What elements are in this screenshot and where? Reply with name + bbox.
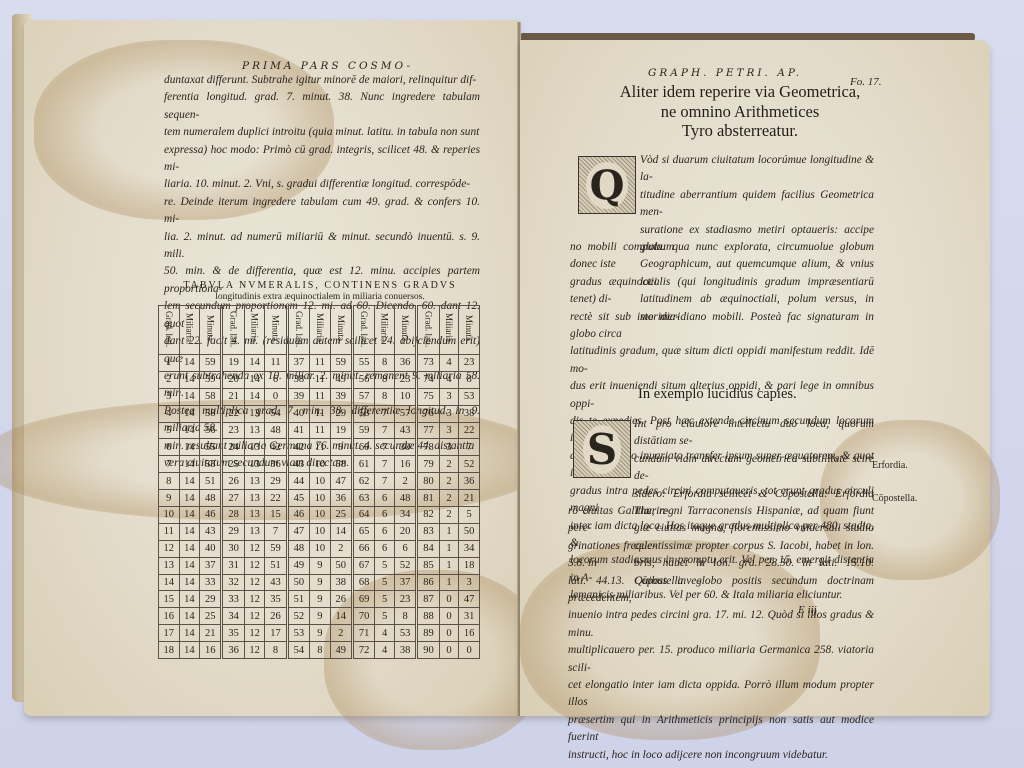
table-cell: 14 xyxy=(179,642,200,659)
table-cell: 27 xyxy=(222,490,244,507)
table-cell: 7 xyxy=(375,405,395,422)
table-cell: 7 xyxy=(375,439,395,456)
table-cell: 49 xyxy=(287,557,309,574)
table-cell: 7 xyxy=(459,439,480,456)
table-cell: 5 xyxy=(159,422,180,439)
table-cell: 5 xyxy=(375,591,395,608)
table-row: 101446281315461025646348225 xyxy=(159,507,480,524)
table-cell: 10 xyxy=(310,490,331,507)
marginal-note-erfordia: Erfordia. xyxy=(872,460,908,471)
table-row: 714532513364310586171679252 xyxy=(159,456,480,473)
table-cell: 11 xyxy=(310,439,331,456)
text-line: latitudinis gradum, quæ situm dicti oppi… xyxy=(570,343,874,378)
table-cell: 14 xyxy=(179,507,200,524)
table-cell: 16 xyxy=(459,625,480,642)
table-row: 31458211403911395781075353 xyxy=(159,388,480,405)
table-cell: 69 xyxy=(352,591,374,608)
table-cell: 2 xyxy=(330,540,352,557)
table-cell: 10 xyxy=(310,456,331,473)
table-subtitle: longitudinis extra æquinoctialem in mili… xyxy=(160,292,480,302)
table-row: 514562313484111195974377322 xyxy=(159,422,480,439)
table-cell: 88 xyxy=(417,608,439,625)
table-cell: 13 xyxy=(244,490,265,507)
text-line: rectè sit sub isto meridiano mobili. Pos… xyxy=(570,309,874,344)
table-cell: 4 xyxy=(375,625,395,642)
table-cell: 48 xyxy=(265,422,287,439)
text-line: gradus æquinoctialis (qui longitudinis g… xyxy=(570,274,874,309)
column-header: Grad. lati. xyxy=(159,306,180,355)
table-cell: 29 xyxy=(265,473,287,490)
table-cell: 46 xyxy=(287,507,309,524)
table-cell: 50 xyxy=(287,574,309,591)
column-header: Miliaria. xyxy=(310,306,331,355)
text-line: præsertim qui in Arithmeticis principijs… xyxy=(568,712,874,747)
table-cell: 39 xyxy=(330,388,352,405)
column-header-label: Minuta. xyxy=(400,315,410,343)
table-cell: 38 xyxy=(394,642,416,659)
table-cell: 59 xyxy=(200,371,222,388)
table-cell: 36 xyxy=(265,456,287,473)
table-cell: 57 xyxy=(352,388,374,405)
table-header-row: Grad. lati.Miliaria.Minuta.Grad. lati.Mi… xyxy=(159,306,480,355)
column-header-label: Miliaria. xyxy=(315,313,325,344)
table-cell: 7 xyxy=(375,473,395,490)
table-cell: 12 xyxy=(244,625,265,642)
table-cell: 73 xyxy=(417,355,439,372)
text-line: liaria. 10. minut. 2. Vni, s. gradui dif… xyxy=(164,176,480,193)
table-cell: 14 xyxy=(179,371,200,388)
table-cell: 54 xyxy=(265,405,287,422)
table-cell: 0 xyxy=(439,642,459,659)
table-row: 151429331235519266952387047 xyxy=(159,591,480,608)
table-cell: 4 xyxy=(439,355,459,372)
table-cell: 14 xyxy=(179,490,200,507)
column-header: Miliaria. xyxy=(179,306,200,355)
table-cell: 52 xyxy=(394,557,416,574)
table-cell: 25 xyxy=(330,507,352,524)
table-cell: 52 xyxy=(287,608,309,625)
column-header: Miliaria. xyxy=(375,306,395,355)
table-cell: 59 xyxy=(265,540,287,557)
table-cell: 17 xyxy=(265,625,287,642)
table-cell: 22 xyxy=(265,490,287,507)
text-line: lati. 44.13. Quibus in globo positis sec… xyxy=(568,573,874,608)
table-cell: 44 xyxy=(287,473,309,490)
table-cell: 82 xyxy=(417,507,439,524)
example-subheading: In exemplo lucidius capies. xyxy=(638,386,797,403)
table-cell: 16 xyxy=(159,608,180,625)
table-cell: 55 xyxy=(200,439,222,456)
table-cell: 68 xyxy=(352,574,374,591)
table-cell: 14 xyxy=(330,608,352,625)
table-cell: 43 xyxy=(265,574,287,591)
text-line: multiplicauero per. 15. produco miliaria… xyxy=(568,642,874,677)
table-cell: 17 xyxy=(159,625,180,642)
table-cell: 76 xyxy=(417,405,439,422)
table-cell: 14 xyxy=(179,540,200,557)
table-cell: 9 xyxy=(310,574,331,591)
table-cell: 19 xyxy=(222,355,244,372)
table-cell: 49 xyxy=(330,642,352,659)
table-cell: 15 xyxy=(159,591,180,608)
column-header: Minuta. xyxy=(459,306,480,355)
table-cell: 8 xyxy=(394,608,416,625)
table-cell: 9 xyxy=(310,625,331,642)
table-cell: 37 xyxy=(200,557,222,574)
text-line: Vòd si duarum ciuitatum locorúmue longit… xyxy=(640,152,874,187)
table-cell: 9 xyxy=(159,490,180,507)
table-cell: 21 xyxy=(459,490,480,507)
table-cell: 43 xyxy=(287,456,309,473)
table-cell: 38 xyxy=(330,574,352,591)
table-cell: 8 xyxy=(310,642,331,659)
table-cell: 3 xyxy=(459,574,480,591)
table-cell: 3 xyxy=(439,388,459,405)
table-cell: 2 xyxy=(330,625,352,642)
table-cell: 43 xyxy=(200,523,222,540)
table-cell: 10 xyxy=(310,507,331,524)
table-row: 17142135121753927145389016 xyxy=(159,625,480,642)
table-cell: 16 xyxy=(394,456,416,473)
column-header: Grad. lati. xyxy=(287,306,309,355)
table-cell: 24 xyxy=(222,439,244,456)
table-cell: 10 xyxy=(310,540,331,557)
table-cell: 34 xyxy=(459,540,480,557)
table-row: 1814163612854849724389000 xyxy=(159,642,480,659)
table-cell: 63 xyxy=(352,490,374,507)
table-cell: 53 xyxy=(200,456,222,473)
table-cell: 14 xyxy=(244,371,265,388)
table-cell: 53 xyxy=(287,625,309,642)
table-cell: 14 xyxy=(179,388,200,405)
table-cell: 72 xyxy=(352,642,374,659)
table-cell: 11 xyxy=(310,355,331,372)
table-cell: 26 xyxy=(265,608,287,625)
table-cell: 19 xyxy=(330,422,352,439)
table-cell: 29 xyxy=(330,405,352,422)
table-cell: 13 xyxy=(244,456,265,473)
table-cell: 1 xyxy=(439,574,459,591)
table-cell: 83 xyxy=(417,523,439,540)
table-cell: 47 xyxy=(287,523,309,540)
column-header: Minuta. xyxy=(265,306,287,355)
table-cell: 14 xyxy=(179,456,200,473)
table-cell: 8 xyxy=(159,473,180,490)
table-cell: 10 xyxy=(310,473,331,490)
table-cell: 36 xyxy=(330,490,352,507)
table-cell: 12 xyxy=(244,540,265,557)
table-cell: 75 xyxy=(417,388,439,405)
table-cell: 74 xyxy=(417,371,439,388)
table-cell: 26 xyxy=(222,473,244,490)
left-running-head: PRIMA PARS COSMO- xyxy=(242,60,413,72)
table-cell: 21 xyxy=(222,388,244,405)
table-cell: 59 xyxy=(352,422,374,439)
table-cell: 29 xyxy=(200,591,222,608)
table-cell: 14 xyxy=(179,422,200,439)
table-cell: 11 xyxy=(310,371,331,388)
table-cell: 37 xyxy=(394,574,416,591)
initial-letter: Q xyxy=(586,162,629,209)
text-line: lia. 2. minut. ad numerū miliariū & minu… xyxy=(164,229,480,264)
table-cell: 13 xyxy=(244,422,265,439)
table-cell: 48 xyxy=(394,490,416,507)
table-cell: 53 xyxy=(459,388,480,405)
table-row: 914482713224510366364881221 xyxy=(159,490,480,507)
table-cell: 23 xyxy=(394,591,416,608)
table-cell: 0 xyxy=(439,608,459,625)
table-cell: 8 xyxy=(375,388,395,405)
table-cell: 39 xyxy=(287,388,309,405)
table-cell: 12 xyxy=(159,540,180,557)
table-cell: 77 xyxy=(417,422,439,439)
section-title: Aliter idem reperire via Geometrica, ne … xyxy=(600,82,880,141)
table-cell: 3 xyxy=(159,388,180,405)
table-cell: 3 xyxy=(439,405,459,422)
table-cell: 47 xyxy=(330,473,352,490)
column-header-label: Grad. lati. xyxy=(359,311,369,347)
table-cell: 9 xyxy=(310,591,331,608)
text-line: cet elongatio inter iam dicta oppida. Po… xyxy=(568,677,874,712)
text-line: cundum viam directam geometrica subtilit… xyxy=(634,451,874,486)
table-cell: 7 xyxy=(375,422,395,439)
table-cell: 42 xyxy=(287,439,309,456)
table-cell: 56 xyxy=(200,422,222,439)
table-cell: 87 xyxy=(417,591,439,608)
table-cell: 6 xyxy=(159,439,180,456)
table-cell: 13 xyxy=(244,405,265,422)
text-line: instructi, hoc in loco adijcere non inco… xyxy=(568,747,874,764)
numeral-table: Grad. lati.Miliaria.Minuta.Grad. lati.Mi… xyxy=(158,305,480,659)
table-cell: 3 xyxy=(439,422,459,439)
table-cell: 22 xyxy=(222,405,244,422)
table-cell: 48 xyxy=(287,540,309,557)
table-cell: 51 xyxy=(265,557,287,574)
text-line: Int pro clauiore intellectu duo loca, qu… xyxy=(634,416,874,451)
table-cell: 33 xyxy=(200,574,222,591)
table-cell: 5 xyxy=(375,608,395,625)
text-line: titudine aberrantium quidem facilius Geo… xyxy=(640,187,874,222)
table-cell: 61 xyxy=(352,456,374,473)
table-cell: 22 xyxy=(459,422,480,439)
table-title: TABVLA NVMERALIS, CONTINENS GRADVS xyxy=(160,280,480,291)
initial-letter: S xyxy=(583,425,621,474)
text-line: re. Deinde iterum ingredere tabulam cum … xyxy=(164,194,480,229)
column-header-label: Miliaria. xyxy=(184,313,194,344)
table-cell: 23 xyxy=(222,422,244,439)
table-cell: 23 xyxy=(459,355,480,372)
table-cell: 6 xyxy=(375,523,395,540)
table-cell: 58 xyxy=(200,405,222,422)
table-cell: 7 xyxy=(159,456,180,473)
column-header-label: Grad. lati. xyxy=(164,311,174,347)
table-cell: 26 xyxy=(330,591,352,608)
table-cell: 13 xyxy=(244,473,265,490)
table-cell: 15 xyxy=(265,507,287,524)
table-cell: 57 xyxy=(394,405,416,422)
table-cell: 6 xyxy=(265,371,287,388)
table-cell: 12 xyxy=(244,574,265,591)
table-cell: 7 xyxy=(265,523,287,540)
table-cell: 58 xyxy=(330,456,352,473)
table-cell: 2 xyxy=(159,371,180,388)
table-cell: 50 xyxy=(459,523,480,540)
table-cell: 38 xyxy=(287,371,309,388)
table-cell: 14 xyxy=(179,557,200,574)
table-row: 16142534122652914705888031 xyxy=(159,608,480,625)
table-cell: 36 xyxy=(394,355,416,372)
column-header-label: Grad. lati. xyxy=(229,311,239,347)
table-cell: 36 xyxy=(222,642,244,659)
table-cell: 10 xyxy=(159,507,180,524)
table-cell: 2 xyxy=(439,507,459,524)
table-cell: 4 xyxy=(159,405,180,422)
table-cell: 12 xyxy=(244,642,265,659)
table-cell: 9 xyxy=(310,608,331,625)
table-cell: 8 xyxy=(265,642,287,659)
text-line: tem numeralem duplici introitu (quia min… xyxy=(164,124,480,141)
decorated-initial-q: Q xyxy=(578,156,636,214)
table-cell: 6 xyxy=(394,540,416,557)
table-cell: 54 xyxy=(287,642,309,659)
table-cell: 14 xyxy=(244,388,265,405)
text-line: expressa) hoc modo: Primò cū grad. integ… xyxy=(164,142,480,177)
table-cell: 60 xyxy=(352,439,374,456)
table-cell: 6 xyxy=(375,507,395,524)
table-cell: 30 xyxy=(394,439,416,456)
table-cell: 0 xyxy=(459,642,480,659)
table-cell: 45 xyxy=(287,490,309,507)
table-cell: 84 xyxy=(417,540,439,557)
table-cell: 20 xyxy=(394,523,416,540)
table-cell: 13 xyxy=(244,523,265,540)
table-cell: 14 xyxy=(179,439,200,456)
table-cell: 56 xyxy=(352,371,374,388)
table-cell: 11 xyxy=(159,523,180,540)
table-cell: 79 xyxy=(417,456,439,473)
table-row: 414582213544011295875776338 xyxy=(159,405,480,422)
table-cell: 1 xyxy=(439,540,459,557)
table-cell: 59 xyxy=(200,355,222,372)
table-cell: 11 xyxy=(265,355,287,372)
table-cell: 14 xyxy=(179,523,200,540)
table-cell: 40 xyxy=(200,540,222,557)
table-cell: 30 xyxy=(222,540,244,557)
table-cell: 36 xyxy=(459,473,480,490)
table-cell: 86 xyxy=(417,574,439,591)
table-cell: 14 xyxy=(179,574,200,591)
table-cell: 4 xyxy=(439,371,459,388)
table-cell: 4 xyxy=(375,642,395,659)
table-cell: 9 xyxy=(310,557,331,574)
table-cell: 38 xyxy=(459,405,480,422)
text-line: no mobili computa: qua nunc explorata, c… xyxy=(570,239,874,274)
table-cell: 12 xyxy=(244,557,265,574)
table-cell: 21 xyxy=(200,625,222,642)
table-cell: 5 xyxy=(459,507,480,524)
table-cell: 31 xyxy=(222,557,244,574)
table-cell: 3 xyxy=(439,439,459,456)
table-cell: 10 xyxy=(394,388,416,405)
table-cell: 1 xyxy=(159,355,180,372)
table-cell: 67 xyxy=(352,557,374,574)
column-header-label: Miliaria. xyxy=(250,313,260,344)
table-cell: 8 xyxy=(375,355,395,372)
table-cell: 28 xyxy=(222,507,244,524)
table-cell: 13 xyxy=(159,557,180,574)
table-cell: 13 xyxy=(244,439,265,456)
table-cell: 12 xyxy=(244,591,265,608)
table-cell: 51 xyxy=(287,591,309,608)
table-cell: 11 xyxy=(310,405,331,422)
table-cell: 14 xyxy=(179,405,200,422)
table-cell: 11 xyxy=(310,388,331,405)
table-cell: 25 xyxy=(222,456,244,473)
table-cell: 14 xyxy=(179,608,200,625)
column-header-label: Grad. lati. xyxy=(423,311,433,347)
table-cell: 62 xyxy=(352,473,374,490)
table-cell: 51 xyxy=(200,473,222,490)
table-cell: 6 xyxy=(375,540,395,557)
text-line: inuenio intra pedes circini gra. 17. mi.… xyxy=(568,607,874,642)
table-cell: 71 xyxy=(352,625,374,642)
table-cell: 0 xyxy=(439,591,459,608)
table-cell: 14 xyxy=(159,574,180,591)
table-cell: 43 xyxy=(394,422,416,439)
text-line: duntaxat differunt. Subtrahe igitur mino… xyxy=(164,72,480,89)
table-cell: 78 xyxy=(417,439,439,456)
table-row: 114591914113711595583673423 xyxy=(159,355,480,372)
table-cell: 5 xyxy=(375,557,395,574)
table-cell: 25 xyxy=(200,608,222,625)
table-cell: 8 xyxy=(459,371,480,388)
table-cell: 59 xyxy=(330,355,352,372)
table-cell: 55 xyxy=(352,355,374,372)
table-cell: 65 xyxy=(352,523,374,540)
table-cell: 53 xyxy=(394,625,416,642)
table-cell: 50 xyxy=(330,557,352,574)
table-row: 81451261329441047627280236 xyxy=(159,473,480,490)
column-header-label: Miliaria. xyxy=(380,313,390,344)
table-cell: 14 xyxy=(330,523,352,540)
table-cell: 34 xyxy=(394,507,416,524)
column-header: Grad. lati. xyxy=(352,306,374,355)
table-cell: 34 xyxy=(222,608,244,625)
table-cell: 58 xyxy=(352,405,374,422)
text-line: ferentia longitud. grad. 7. minut. 38. N… xyxy=(164,89,480,124)
table-row: 12144030125948102666684134 xyxy=(159,540,480,557)
table-cell: 14 xyxy=(179,473,200,490)
table-cell: 66 xyxy=(352,540,374,557)
decorated-initial-s: S xyxy=(573,420,631,478)
table-cell: 48 xyxy=(200,490,222,507)
table-cell: 2 xyxy=(439,473,459,490)
table-cell: 80 xyxy=(417,473,439,490)
table-cell: 41 xyxy=(287,422,309,439)
table-cell: 20 xyxy=(222,371,244,388)
table-cell: 8 xyxy=(375,371,395,388)
table-cell: 42 xyxy=(265,439,287,456)
table-cell: 6 xyxy=(375,490,395,507)
table-row: 6145524134242119607307837 xyxy=(159,439,480,456)
table-cell: 35 xyxy=(265,591,287,608)
table-cell: 31 xyxy=(459,608,480,625)
table-cell: 12 xyxy=(244,608,265,625)
column-header: Minuta. xyxy=(394,306,416,355)
table-cell: 37 xyxy=(287,355,309,372)
table-cell: 18 xyxy=(159,642,180,659)
table-cell: 52 xyxy=(459,456,480,473)
